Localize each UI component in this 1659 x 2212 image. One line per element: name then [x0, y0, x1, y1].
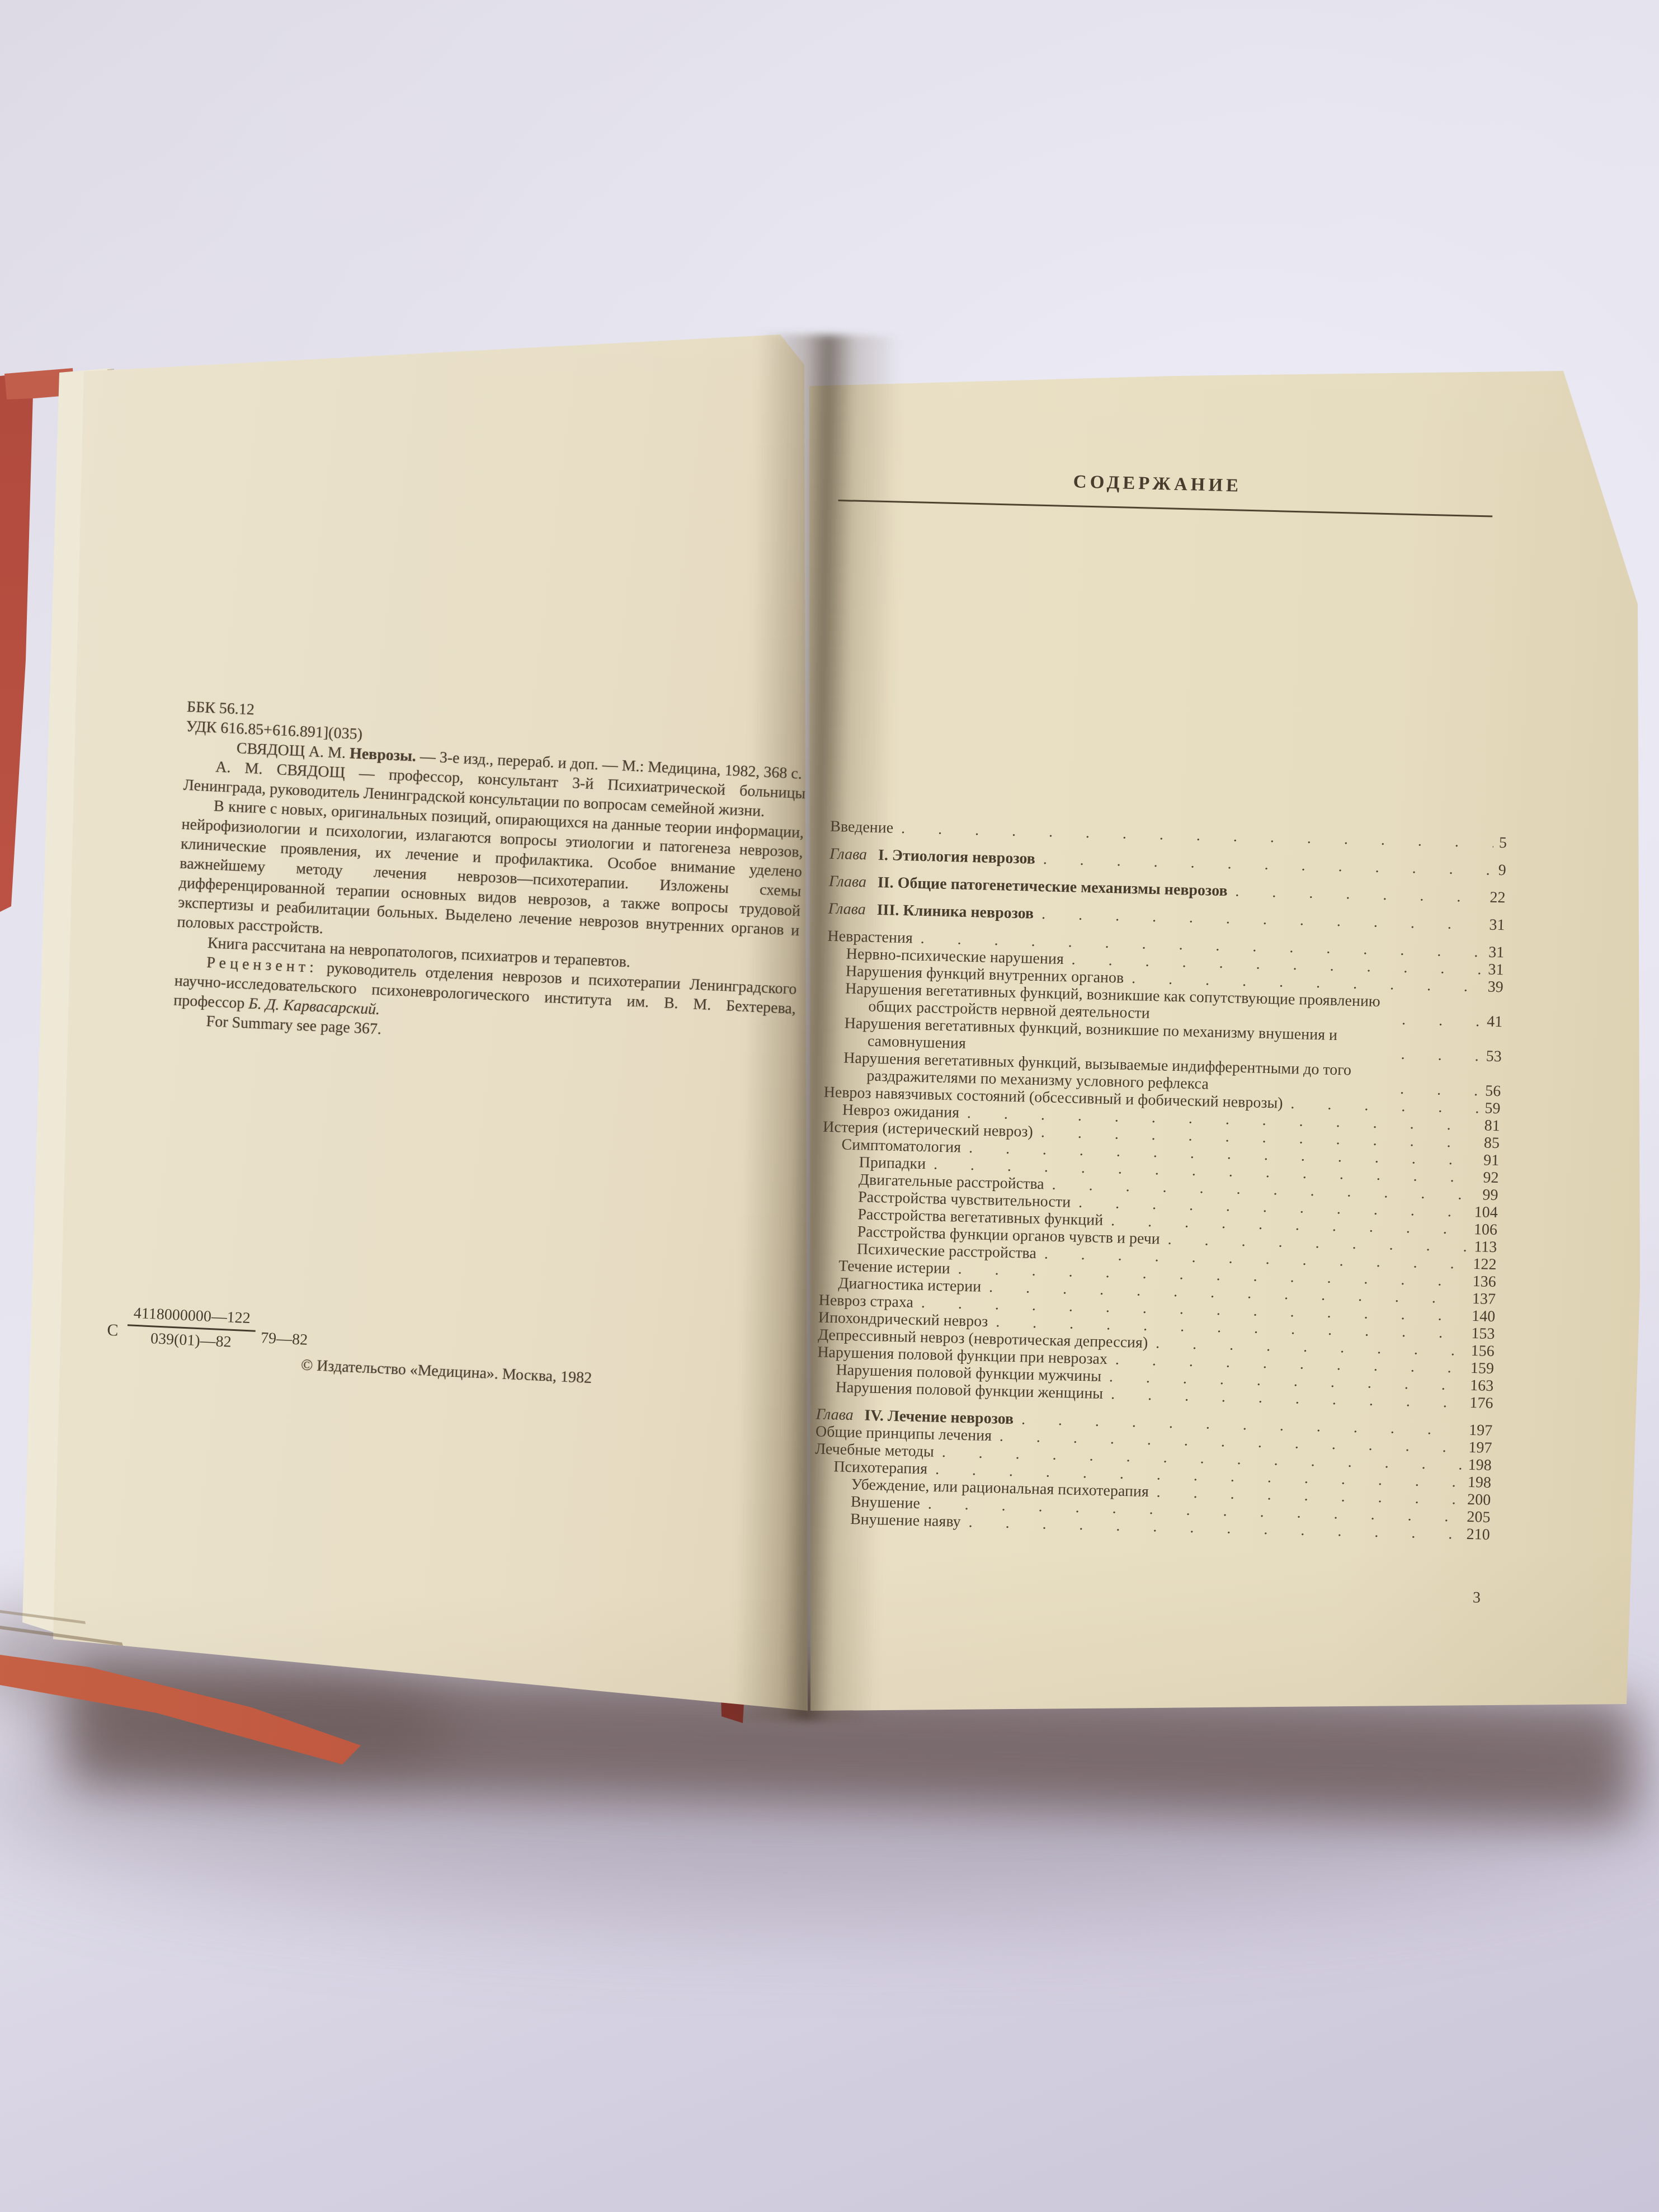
annotation-paragraph: В книге с новых, оригинальных позиций, о… [177, 795, 804, 960]
toc-page-number: 159 [1471, 1359, 1495, 1377]
toc-page-number: 113 [1474, 1238, 1497, 1256]
toc-entry-label: Течение истерии [838, 1257, 950, 1277]
toc-page-number: 99 [1482, 1187, 1498, 1204]
toc-page-number: 106 [1474, 1221, 1498, 1239]
toc-page-number: 31 [1488, 944, 1505, 962]
toc-page-number: 39 [1487, 978, 1504, 996]
toc-page-number: 163 [1470, 1377, 1494, 1395]
toc-page-number: 104 [1474, 1203, 1498, 1221]
toc-entry-label: Симптоматология [841, 1136, 961, 1156]
toc-page-number: 22 [1490, 889, 1506, 907]
toc-page-number: 153 [1471, 1325, 1495, 1343]
toc-row: Глава III. Клиника неврозов . . . . . . … [828, 900, 1505, 934]
dot-leader: . . . . . . . . . . . . . . . . . . . . … [1041, 905, 1484, 933]
toc-page-number: 176 [1469, 1394, 1493, 1412]
toc-chapter-word: Глава [830, 845, 868, 864]
toc-page-number: 31 [1488, 961, 1504, 979]
toc-page-number: 53 [1486, 1048, 1502, 1066]
catalog-letter: С [107, 1320, 119, 1340]
toc-chapter-word: Глава [828, 900, 866, 919]
toc-row: Глава I. Этиология неврозов . . . . . . … [830, 845, 1506, 879]
toc-page-number: 92 [1483, 1169, 1499, 1187]
toc-entry-label: Припадки [859, 1154, 926, 1173]
dot-leader: . . . . . . . . . . . . . . . . . . . . … [1400, 1080, 1480, 1099]
toc-page-number: 9 [1498, 862, 1506, 879]
dot-leader: . . . . . . . . . . . . . . . . . . . . … [901, 820, 1494, 851]
toc-page-number: 200 [1467, 1491, 1491, 1509]
catalog-fraction: 4118000000—122 039(01)—82 [126, 1303, 256, 1353]
toc-entry-label: Невроз страха [818, 1292, 913, 1311]
toc-page-number: 140 [1472, 1307, 1496, 1325]
toc-page-number: 205 [1467, 1508, 1491, 1526]
toc-page-number: 91 [1483, 1152, 1500, 1170]
toc-entry-label: III. Клиника неврозов [876, 901, 1034, 923]
imprint-page-content: ББК 56.12 УДК 616.85+616.891](035) СВЯДО… [157, 697, 809, 1396]
photo-of-open-book: ББК 56.12 УДК 616.85+616.891](035) СВЯДО… [0, 0, 1659, 2212]
toc-entry-label: Внушение наяву [850, 1510, 961, 1531]
toc-chapter-word: Глава [816, 1405, 854, 1424]
toc-entry-label: Введение [830, 818, 894, 837]
toc-page-number: 56 [1485, 1083, 1501, 1100]
toc-entry-label: Психотерапия [833, 1458, 927, 1477]
toc-page-number: 41 [1487, 1013, 1503, 1031]
contents-page-content: СОДЕРЖАНИЕ Введение . . . . . . . . . . … [812, 468, 1516, 1607]
dot-leader: . . . . . . . . . . . . . . . . . . . . … [1401, 1046, 1481, 1065]
toc-entry-label: Лечебные методы [815, 1440, 934, 1460]
toc-page-number: 210 [1466, 1526, 1490, 1543]
catalog-suffix: 79—82 [260, 1328, 308, 1350]
dot-leader: . . . . . . . . . . . . . . . . . . . . … [1402, 1011, 1482, 1030]
toc-row: Введение . . . . . . . . . . . . . . . .… [830, 818, 1507, 852]
toc-page-number: 59 [1484, 1100, 1501, 1118]
toc-page-number: 197 [1469, 1422, 1493, 1439]
toc-page-number: 156 [1471, 1342, 1495, 1360]
heading-rule [838, 500, 1493, 517]
toc-page-number: 197 [1468, 1439, 1492, 1457]
toc-chapter-word: Глава [829, 873, 867, 891]
toc-page-number: 198 [1468, 1474, 1492, 1491]
toc-page-number: 81 [1484, 1117, 1500, 1135]
reviewer-label: Рецензент: [206, 954, 318, 976]
toc-entry-label: Неврастения [827, 928, 913, 947]
dot-leader: . . . . . . . . . . . . . . . . . . . . … [1043, 850, 1493, 879]
toc-page-number: 31 [1489, 916, 1505, 934]
biblio-title: Неврозы. [345, 745, 416, 765]
toc-page-number: 85 [1483, 1135, 1500, 1152]
toc-page-number: 122 [1473, 1255, 1497, 1273]
toc-page-number: 198 [1468, 1456, 1492, 1474]
toc-entry-label: II. Общие патогенетические механизмы нев… [877, 874, 1227, 900]
toc-row: Глава II. Общие патогенетические механиз… [829, 873, 1506, 907]
toc-entry-label: I. Этиология неврозов [878, 846, 1036, 868]
dot-leader: . . . . . . . . . . . . . . . . . . . . … [1235, 883, 1484, 906]
table-of-contents: Введение . . . . . . . . . . . . . . . .… [813, 818, 1507, 1543]
toc-entry-label: Невроз ожидания [842, 1101, 960, 1121]
toc-page-number: 137 [1472, 1290, 1496, 1308]
toc-page-number: 5 [1499, 834, 1507, 851]
toc-entry-label: Внушение [850, 1493, 920, 1512]
toc-page-number: 136 [1472, 1273, 1496, 1291]
